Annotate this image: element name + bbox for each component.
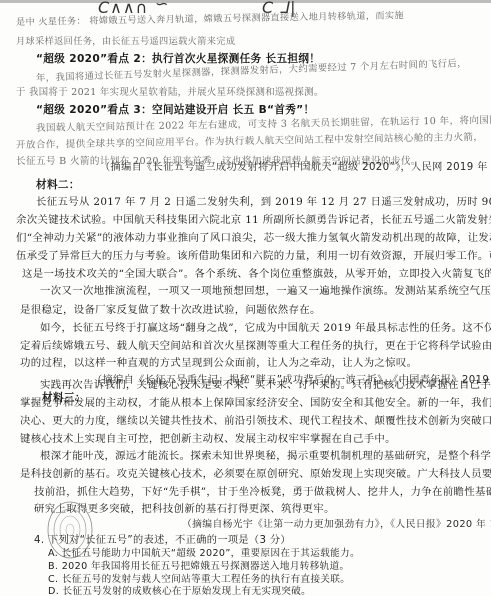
material2-line-9: 定着后续嫦娥五号、载人航天空间站和首次火星探测等重大工程任务的执行，更在于它将科… [20,339,491,353]
material1-line-2: 月球采样返回任务，由长征五号遥四运载火箭来完成 [16,35,235,49]
handwriting-mark-mid: ∽ [155,0,169,13]
material3-line-3: 决心、更大的力度，继续以关键共性技术、前沿引领技术、现代工程技术、颠覆性技术创新… [20,414,491,428]
material1-source: （摘编自《长征五号遥三成功发射将开启中国航天“超级 2020”》，人民网 201… [100,161,491,175]
question-4-stem: 4. 下列对“长征五号”的表述，不正确的一项是（3 分） [34,534,291,548]
material2-line-1: 长征五号从 2017 年 7 月 2 日遥二发射失利，到 2019 年 12 月… [36,195,491,209]
material1-line-1: 是中 火星任务： 将嫦娥五号送入奔月轨道，嫦娥五号探测器直接送入地月转移轨道，而… [16,9,404,30]
material3-line-8: 研究上取得更多突破，把科技创新的基石打得更深、筑得更牢。 [34,502,335,516]
material3-source: （摘编自杨光宇《让第一动力更加强劲有力》，《人民日报》2020 年 1 月 6 … [182,518,491,532]
material2-label: 材料二： [36,178,80,192]
material2-line-10: 功的过程，以这样一种直观的方式呈现到公众面前，让人为之牵动，让人为之惊叹。 [20,356,417,370]
material2-line-6: 一次又一次地推演流程，一项又一项地预想回想，一遍又一遍地操作演练。发测站某系统空… [40,284,491,298]
page-top-edge [0,0,491,3]
option-d[interactable]: D. 长征五号发射的成败核心在于原始发现上有无实现突破。 [48,585,311,596]
material3-line-6: 是科技创新的基石。攻克关键核心技术，必须要在原创研究、原始发现上实现突破。广大科… [20,467,491,481]
option-b[interactable]: B. 2020 年我国将用长征五号把嫦娥五号探测器送入地月转移轨道。 [48,560,349,574]
material2-line-7: 是很稳定，设备厂家反复做了数十次改进试验，问题依然存在。 [20,303,321,317]
material2-line-3: 们“全神动力关紧”的液体动力事业推向了风口浪尖，芯一级大推力氢氧火箭发动机出现的… [16,231,491,245]
material3-line-7: 技前沿，抓住大趋势，下好“先手棋”，甘于坐冷板凳，勇于做栽树人、挖井人，力争在前… [34,485,491,499]
material2-line-8: 如今，长征五号终于打赢这场“翻身之战”，它成为中国航天 2019 年最具标志性的… [40,321,491,335]
material2-line-4: 伍承受了异常巨大的压力与考验。该所借助集团和六院的力量，利用一切有效资源，开展归… [16,249,491,263]
material3-line-1: 实践再次告诉我们，关键核心技术是要不来、买不来、讨不来的。只有把核心技术掌握在自… [40,378,491,392]
material2-line-5: 这是一场技术攻关的“全国大联合”。各个系统、各个岗位重整旗鼓，从零开始，立即投入… [22,267,491,281]
exam-page: C∧∧∩ ∽ C ⅃| 是中 火星任务： 将嫦娥五号送入奔月轨道，嫦娥五号探测器… [0,0,491,596]
material3-line-4: 键核心技术上实现自主可控，把创新主动权、发展主动权牢牢掌握在自己手中。 [20,432,396,446]
material3-line-5: 根深才能叶茂，源远才能流长。探索未知世界奥秘，揭示重要机制机理的基础研究，是整个… [40,449,491,463]
highlight-3-title: “超级 2020”看点 3：空间站建设开启 长五 B“首秀”！ [36,103,314,117]
material3-line-2: 掌握竞争和发展的主动权，才能从根本上保障国家经济安全、国防安全和其他安全。新的一… [20,396,491,410]
highlight-2-paragraph-2: 于 我国将于 2021 年实现火星软着陆，并展火星环绕探测和巡视探测。 [16,86,324,100]
material2-line-2: 余次关键技术试验。中国航天科技集团六院北京 11 所副所长颜勇告诉记者，长征五号… [16,213,491,227]
option-a[interactable]: A. 长征五号能助力中国航天“超级 2020”，重要原因在于其运载能力。 [48,547,360,561]
